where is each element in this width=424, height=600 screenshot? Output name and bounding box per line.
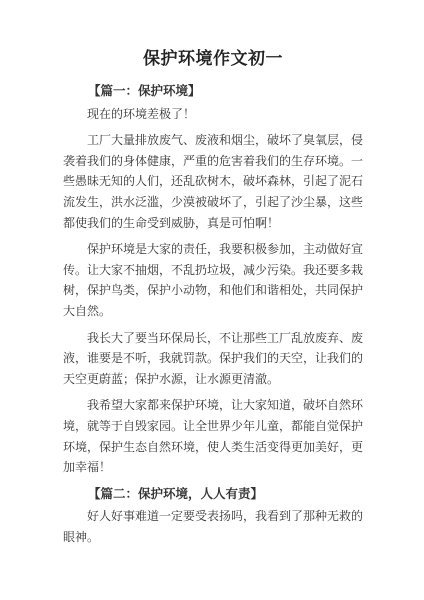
paragraph-ambition: 我长大了要当环保局长，不让那些工厂乱放废弃、废液，谁要是不听，我就罚款。保护我们… <box>63 328 363 390</box>
section-heading-1: 【篇一：保护环境】 <box>63 81 363 102</box>
essay-page: 保护环境作文初一 【篇一：保护环境】 现在的环境差极了！ 工厂大量排放废气、废液… <box>0 0 424 600</box>
paragraph-hope: 我希望大家都来保护环境，让大家知道，破坏自然环境，就等于自毁家园。让全世界少年儿… <box>63 395 363 477</box>
paragraph-pollution: 工厂大量排放废气、废液和烟尘，破坏了臭氧层，侵袭着我们的身体健康，严重的危害着我… <box>63 130 363 233</box>
essay-title: 保护环境作文初一 <box>63 46 363 72</box>
section-heading-2: 【篇二：保护环境，人人有责】 <box>63 484 363 505</box>
paragraph-intro: 现在的环境差极了！ <box>63 104 363 125</box>
paragraph-good-deeds: 好人好事难道一定要受表扬吗，我看到了那种无救的眼神。 <box>63 506 363 547</box>
paragraph-responsibility: 保护环境是大家的责任，我要积极参加，主动做好宣传。让大家不抽烟，不乱扔垃圾，减少… <box>63 239 363 321</box>
